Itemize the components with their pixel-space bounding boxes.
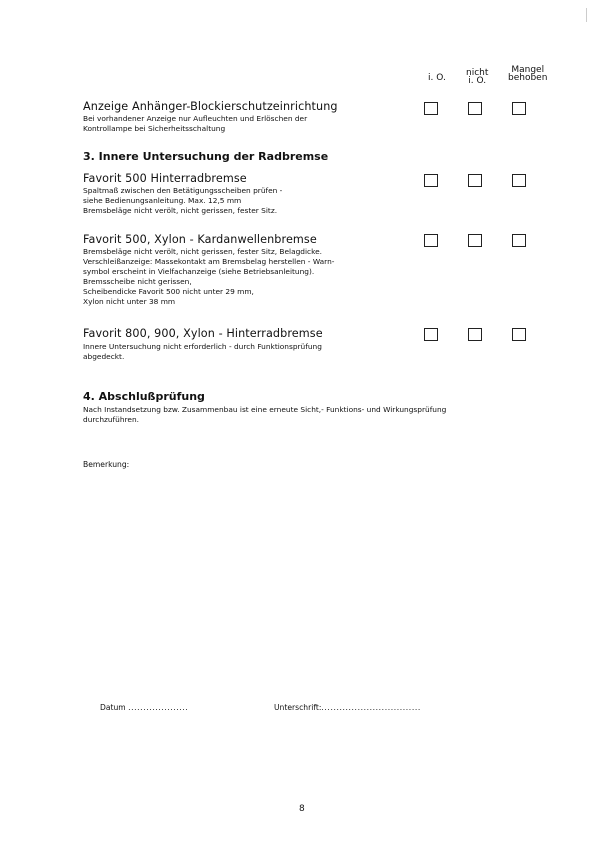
item-title: Favorit 500, Xylon - Kardanwellenbremse xyxy=(83,233,317,246)
checkbox-mangel-behoben[interactable] xyxy=(512,234,526,247)
checkbox-mangel-behoben[interactable] xyxy=(512,328,526,341)
date-label: Datum xyxy=(100,703,126,712)
signature-label: Unterschrift: xyxy=(274,703,321,712)
remarks-label: Bemerkung: xyxy=(83,460,129,470)
checkbox-io[interactable] xyxy=(424,234,438,247)
checkbox-nicht-io[interactable] xyxy=(468,102,482,115)
checkbox-mangel-behoben[interactable] xyxy=(512,102,526,115)
item-description: Bei vorhandener Anzeige nur Aufleuchten … xyxy=(83,114,307,134)
checkbox-mangel-behoben[interactable] xyxy=(512,174,526,187)
section-4-description: Nach Instandsetzung bzw. Zusammenbau ist… xyxy=(83,405,446,425)
page-number: 8 xyxy=(299,804,305,814)
item-title: Favorit 500 Hinterradbremse xyxy=(83,172,247,185)
signature-blank: ................................. xyxy=(321,703,420,712)
item-description: Bremsbeläge nicht verölt, nicht gerissen… xyxy=(83,247,334,308)
item-description: Spaltmaß zwischen den Betätigungsscheibe… xyxy=(83,186,282,216)
item-title: Anzeige Anhänger-Blockierschutzeinrichtu… xyxy=(83,100,338,113)
date-field[interactable]: Datum .................... xyxy=(100,703,188,712)
checkbox-nicht-io[interactable] xyxy=(468,174,482,187)
column-header-nicht-io: nicht i. O. xyxy=(466,69,488,85)
column-header-io: i. O. xyxy=(428,74,446,82)
column-header-mangel-line2: behoben xyxy=(508,74,547,82)
checkbox-nicht-io[interactable] xyxy=(468,234,482,247)
item-title: Favorit 800, 900, Xylon - Hinterradbrems… xyxy=(83,327,323,340)
remarks-area[interactable] xyxy=(83,475,553,685)
checkbox-io[interactable] xyxy=(424,174,438,187)
column-header-mangel-behoben: Mangel behoben xyxy=(508,66,547,82)
column-header-io-text: i. O. xyxy=(428,73,446,83)
item-description: Innere Untersuchung nicht erforderlich -… xyxy=(83,342,322,362)
scan-artifact xyxy=(586,8,587,22)
checkbox-io[interactable] xyxy=(424,102,438,115)
section-3-title: 3. Innere Untersuchung der Radbremse xyxy=(83,150,328,163)
checkbox-nicht-io[interactable] xyxy=(468,328,482,341)
date-blank: .................... xyxy=(128,703,188,712)
signature-field[interactable]: Unterschrift:...........................… xyxy=(274,703,421,712)
column-header-nicht-io-line2: i. O. xyxy=(466,77,488,85)
section-4-title: 4. Abschlußprüfung xyxy=(83,390,205,403)
checkbox-io[interactable] xyxy=(424,328,438,341)
